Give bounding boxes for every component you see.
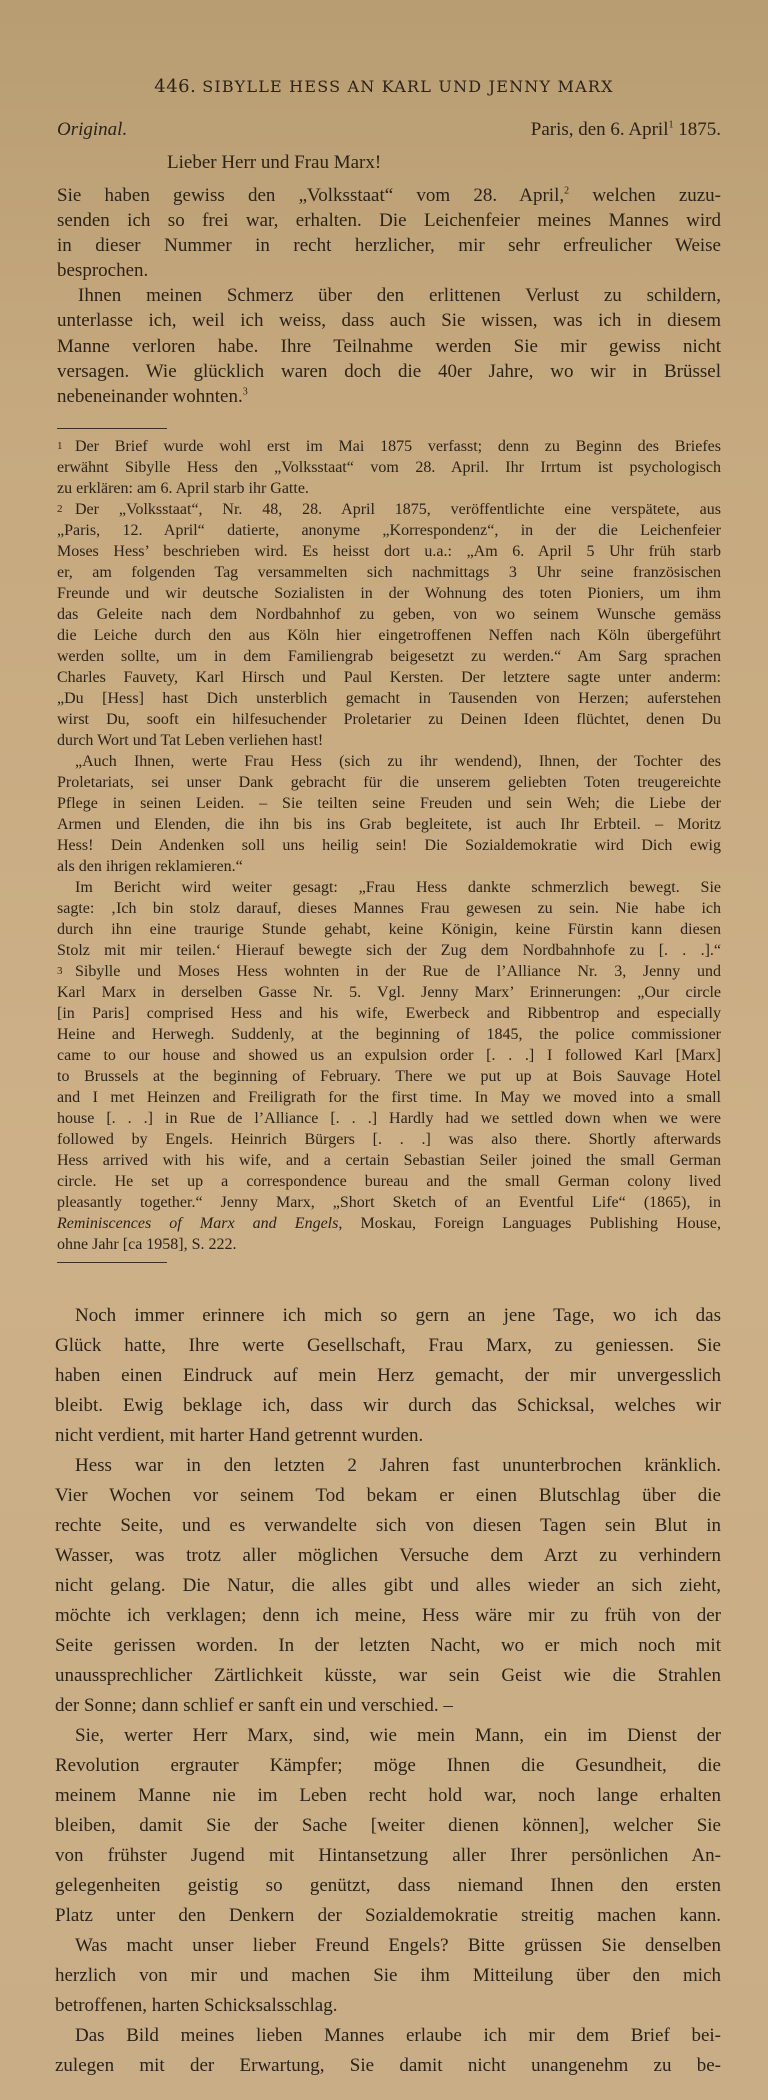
body-line: Sie, werter Herr Marx, sind, wie mein Ma… [75,1723,721,1749]
footnote-mark: 1 [57,436,75,457]
footnote-line: als den ihrigen reklamieren.“ [57,856,721,877]
footnote-line: Stolz mit mir teilen.‘ Hierauf bewegte s… [57,940,721,961]
body-line: Platz unter den Denkern der Sozialdemokr… [55,1903,721,1929]
footnote-divider [57,1262,167,1263]
footnote-line: die Leiche durch den aus Köln hier einge… [57,625,721,646]
body-line: betroffenen, harten Schicksalsschlag. [55,1993,721,2019]
body-line: nebeneinander wohnten.3 [57,384,721,410]
footnote-line: Armen und Elenden, die ihn bis ins Grab … [57,814,721,835]
body-line: Was macht unser lieber Freund Engels? Bi… [75,1933,721,1959]
footnote-line: erwähnt Sibylle Hess den „Volksstaat“ vo… [57,457,721,478]
letter-title: SIBYLLE HESS AN KARL UND JENNY MARX [202,77,613,96]
footnote-line: Moses Hess’ beschrieben wird. Es heisst … [57,541,721,562]
footnote-line: house [. . .] in Rue de l’Alliance [. . … [57,1108,721,1129]
body-line: Hess war in den letzten 2 Jahren fast un… [75,1453,721,1479]
body-line: Noch immer erinnere ich mich so gern an … [75,1303,721,1329]
footnote-line: „Du [Hess] hast Dich unsterblich gemacht… [57,688,721,709]
body-line: senden ich so frei war, erhalten. Die Le… [57,208,721,234]
letter-number: 446. [154,76,196,97]
footnote-line: er, am folgenden Tag versammelten sich n… [57,562,721,583]
footnote-line: Karl Marx in derselben Gasse Nr. 5. Vgl.… [57,982,721,1003]
body-line: versagen. Wie glücklich waren doch die 4… [57,359,721,385]
body-line: von frühster Jugend mit Hintansetzung al… [55,1843,721,1869]
footnote-1: 1Der Brief wurde wohl erst im Mai 1875 v… [57,436,721,457]
footnote-line: and I met Heinzen and Freiligrath for th… [57,1087,721,1108]
footnote-ref-2[interactable]: 2 [564,186,569,197]
book-title: Reminiscences of Marx and Engels, [57,1215,342,1232]
body-line: nicht verdient, mit harter Hand getrennt… [55,1423,721,1449]
footnote-line: followed by Engels. Heinrich Bürgers [. … [57,1129,721,1150]
body-line: Seite gerissen worden. In der letzten Na… [55,1633,721,1659]
footnote-line: sagte: ‚Ich bin stolz darauf, dieses Man… [57,898,721,919]
body-line: haben einen Eindruck auf mein Herz gemac… [55,1363,721,1389]
footnote-line: „Paris, 12. April“ datierte, anonyme „Ko… [57,520,721,541]
footnote-3: 3Sibylle und Moses Hess wohnten in der R… [57,961,721,982]
footnote-line: circle. He set up a correspondence burea… [57,1171,721,1192]
footnote-line: Charles Fauvety, Karl Hirsch und Paul Ke… [57,667,721,688]
body-line: bleibt. Ewig beklage ich, dass wir durch… [55,1393,721,1419]
body-line: Manne verloren habe. Ihre Teilnahme werd… [57,334,721,360]
footnote-line: ohne Jahr [ca 1958], S. 222. [57,1234,721,1255]
footnote-line: Proletariats, sei unser Dank gebracht fü… [57,772,721,793]
body-line: gelegenheiten geistig so genützt, dass n… [55,1873,721,1899]
body-line: Ihnen meinen Schmerz über den erlittenen… [78,283,721,309]
body-line: Vier Wochen vor seinem Tod bekam er eine… [55,1483,721,1509]
body-line: unaussprechlicher Zärtlichkeit küsste, w… [55,1663,721,1689]
body-line: Glück hatte, Ihre werte Gesellschaft, Fr… [55,1333,721,1359]
footnote-line: pleasantly together.“ Jenny Marx, „Short… [57,1192,721,1213]
footnote-line: to Brussels at the beginning of February… [57,1066,721,1087]
body-line: Sie haben gewiss den „Volksstaat“ vom 28… [57,183,721,209]
footnote-line: werden sollte, um in dem Familiengrab be… [57,646,721,667]
footnote-line: Pflege in seinen Leiden. – Sie teilten s… [57,793,721,814]
body-line: meinem Manne nie im Leben recht hold war… [55,1783,721,1809]
footnote-ref-1[interactable]: 1 [669,120,674,131]
body-line: Das Bild meines lieben Mannes erlaube ic… [75,2023,721,2049]
body-line: zulegen mit der Erwartung, Sie damit nic… [55,2053,721,2079]
footnote-line: „Auch Ihnen, werte Frau Hess (sich zu ih… [75,751,721,772]
footnote-line: Im Bericht wird weiter gesagt: „Frau Hes… [75,877,721,898]
footnote-line: das Geleite nach dem Nordbahnhof zu gebe… [57,604,721,625]
document-page: 446. SIBYLLE HESS AN KARL UND JENNY MARX… [0,0,768,2100]
body-line: unterlasse ich, weil ich weiss, dass auc… [57,308,721,334]
page-header: 446. SIBYLLE HESS AN KARL UND JENNY MARX [0,76,768,97]
body-line: rechte Seite, und es verwandelte sich vo… [55,1513,721,1539]
body-line: besprochen. [57,258,721,284]
footnote-line: came to our house and showed us an expul… [57,1045,721,1066]
footnote-line: Freunde und wir deutsche Sozialisten in … [57,583,721,604]
footnote-line: Reminiscences of Marx and Engels, Moskau… [57,1213,721,1234]
footnote-divider [57,428,167,429]
footnote-line: [in Paris] comprised Hess and his wife, … [57,1003,721,1024]
body-line: möchte ich verklagen; denn ich meine, He… [55,1603,721,1629]
footnote-line: durch Wort und Tat Leben verliehen hast! [57,730,721,751]
body-line: herzlich von mir und machen Sie ihm Mitt… [55,1963,721,1989]
body-line: der Sonne; dann schlief er sanft ein und… [55,1693,721,1719]
footnote-line: durch ihn eine traurige Stunde gehabt, k… [57,919,721,940]
footnote-line: Hess arrived with his wife, and a certai… [57,1150,721,1171]
body-line: Wasser, was trotz aller möglichen Versuc… [55,1543,721,1569]
footnote-line: wirst Du, sooft ein hilfesuchender Prole… [57,709,721,730]
footnote-2: 2Der „Volksstaat“, Nr. 48, 28. April 187… [57,499,721,520]
footnote-line: zu erklären: am 6. April starb ihr Gatte… [57,478,721,499]
footnote-mark: 2 [57,499,75,520]
footnote-ref-3[interactable]: 3 [243,387,248,398]
body-line: in dieser Nummer in recht herzlicher, mi… [57,233,721,259]
salutation: Lieber Herr und Frau Marx! [167,150,667,176]
body-line: bleiben, damit Sie der Sache [weiter die… [55,1813,721,1839]
body-line: nicht gelang. Die Natur, die alles gibt … [55,1573,721,1599]
footnote-mark: 3 [57,961,75,982]
body-line: Revolution ergrauter Kämpfer; möge Ihnen… [55,1753,721,1779]
footnote-line: Heine and Herwegh. Suddenly, at the begi… [57,1024,721,1045]
footnote-line: Hess! Dein Andenken soll uns heilig sein… [57,835,721,856]
place-date: Paris, den 6. April1 1875. [57,117,721,143]
